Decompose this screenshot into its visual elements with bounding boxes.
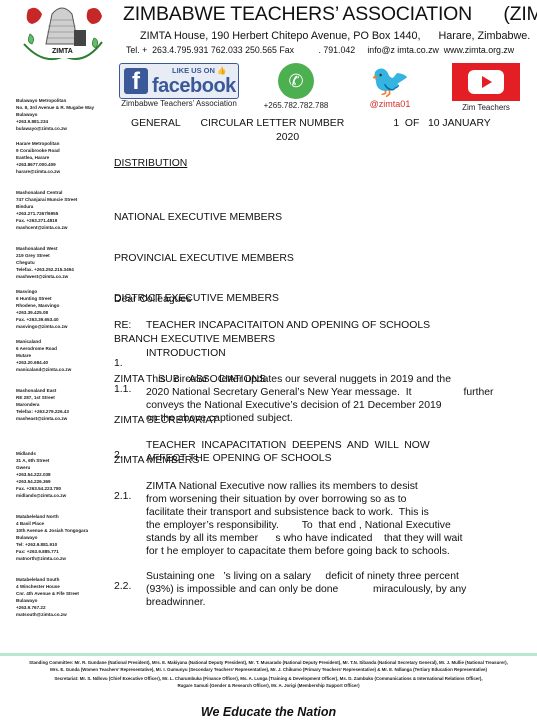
office-line: Tel: +263.9.881.910 [16,541,108,548]
office-line: Cnr. 4th Avenue & Fife Street [16,590,108,597]
office-line: Chegutu [16,259,108,266]
office-line: Telefax. +263.252.215.3494 [16,266,108,273]
footer-divider [0,653,537,656]
office-matabeleland-north: Matabeleland North 4 Basil Place 10th Av… [16,513,108,562]
section-number: 1. [114,358,123,369]
office-name: Mashonaland Central [16,189,108,196]
office-line: 747 Chanjarai Muncie Street [16,196,108,203]
office-line: Bindura [16,203,108,210]
office-email: bulawayo@zimta.co.zw [16,125,108,132]
office-line: Telefax: +263.279.226.43 [16,408,108,415]
office-matabeleland-south: Matabeleland South 4 Winchester House Cn… [16,576,108,618]
office-name: Midlands [16,450,108,457]
organization-address: ZIMTA House, 190 Herbert Chitepo Avenue,… [140,30,530,42]
office-email: masheast@zimta.co.zw [16,415,108,422]
organization-title: ZIMBABWE TEACHERS’ ASSOCIATION (ZIMTA) [123,3,537,26]
section-2-2: 2.2. Sustaining one ’s living on a salar… [114,570,534,614]
office-line: Bulawayo [16,111,108,118]
office-line: 6 Hunting Street [16,295,108,302]
office-line: RE 287, 1st Street [16,394,108,401]
office-line: Fax: +263.9.885.771 [16,548,108,555]
office-line: No. 8, 3rd Avenue & R. Mugabe Way [16,104,108,111]
youtube-channel: Zim Teachers [448,103,524,112]
section-number: 2.1. [114,491,131,502]
office-line: Mutare [16,352,108,359]
office-line: Rhodene, Masvingo [16,302,108,309]
organization-contact: Tel. + 263.4.795.931 762.033 250.565 Fax… [126,45,514,55]
secretariat-line-2: Rugare Samuti (Gender & Research Officer… [0,682,537,689]
office-line: 31 A, 6th Street [16,457,108,464]
office-line: Bulawayo [16,597,108,604]
office-line: Fax. +263.54.223.780 [16,485,108,492]
office-line: +263.39.425.08 [16,309,108,316]
section-2-1: 2.1. ZIMTA National Executive now rallie… [114,480,534,524]
office-line: +263.20.684.40 [16,359,108,366]
office-name: Mashonaland West [16,245,108,252]
section-heading: INTRODUCTION [146,347,486,360]
facebook-wordmark: facebook [152,75,236,98]
office-bulawayo-metro: Bulawayo Metropolitan No. 8, 3rd Avenue … [16,97,108,132]
regional-offices: Bulawayo Metropolitan No. 8, 3rd Avenue … [16,97,108,626]
standing-committee-line-1: Standing Committee: Mr. R. Gundane (Nati… [0,659,537,666]
office-line: Fax. +263.39.653.40 [16,316,108,323]
office-email: harare@zimta.co.zw [16,168,108,175]
office-name: Matabeleland South [16,576,108,583]
office-line: Eastlea, Harare [16,154,108,161]
office-email: mashwest@zimta.co.zw [16,273,108,280]
standing-committee-line-2: Mrs. E. Gunda (Women Teachers’ Represent… [0,666,537,673]
facebook-icon: f LIKE US ON 👍 facebook [119,63,239,99]
re-label: RE: [114,320,131,331]
facebook-caption: Zimbabwe Teachers’ Association [116,99,242,108]
whatsapp-icon: ✆ [278,63,314,99]
distribution-item: NATIONAL EXECUTIVE MEMBERS [114,211,294,225]
circular-line: GENERAL CIRCULAR LETTER NUMBER 1 OF 10 J… [131,118,491,129]
motto: We Educate the Nation [0,705,537,719]
office-line: Marondera [16,401,108,408]
office-manicaland: Manicaland 6 Aerodrome Road Mutare +263.… [16,338,108,373]
office-line: Gweru [16,464,108,471]
office-email: manicaland@zimta.co.zw [16,366,108,373]
office-line: 4 Basil Place [16,520,108,527]
office-line: +263.9.881.234 [16,118,108,125]
distribution-heading: DISTRIBUTION [114,158,187,169]
office-name: Bulawayo Metropolitan [16,97,108,104]
office-name: Harare Metropolitan [16,140,108,147]
office-name: Mashonaland East [16,387,108,394]
office-name: Manicaland [16,338,108,345]
office-line: 9 Coraibrooke Road [16,147,108,154]
youtube-badge[interactable]: Zim Teachers [448,63,524,112]
office-harare-metro: Harare Metropolitan 9 Coraibrooke Road E… [16,140,108,175]
office-masvingo: Masvingo 6 Hunting Street Rhodene, Masvi… [16,288,108,330]
office-mashonaland-east: Mashonaland East RE 287, 1st Street Maro… [16,387,108,422]
office-line: +263.54.222.038 [16,471,108,478]
re-subject: TEACHER INCAPACITAITON AND OPENING OF SC… [146,320,430,331]
office-email: midlands@zimta.co.zw [16,492,108,499]
whatsapp-badge[interactable]: ✆ +265.782.782.788 [256,63,336,110]
section-paragraph: Sustaining one ’s living on a salary def… [146,570,486,609]
office-name: Matabeleland North [16,513,108,520]
office-midlands: Midlands 31 A, 6th Street Gweru +263.54.… [16,450,108,499]
office-line: +263.9.767.22 [16,604,108,611]
twitter-bird-icon: 🐦 [370,63,410,99]
section-heading: TEACHER INCAPACITATION DEEPENS AND WILL … [146,439,486,465]
secretariat-line-1: Secretariat: Mr. S. Ndlovu (Chief Execut… [0,675,537,682]
office-line: Bulawayo [16,534,108,541]
salutation: Dear Colleagues [114,294,191,305]
office-line: 6 Aerodrome Road [16,345,108,352]
section-number: 2. [114,450,123,461]
logo-label: ZIMTA [52,48,73,55]
office-email: matnorth@zimta.co.zw [16,555,108,562]
zimta-emblem-icon [14,4,110,66]
facebook-badge[interactable]: f LIKE US ON 👍 facebook Zimbabwe Teacher… [116,63,242,108]
twitter-handle: @zimta01 [355,99,425,109]
office-line: +263.54.226.369 [16,478,108,485]
office-mashonaland-west: Mashonaland West 219 Grey Street Chegutu… [16,245,108,280]
circular-year: 2020 [276,132,299,143]
office-line: 10th Avenue & Josiah Tongogara [16,527,108,534]
office-line: +263.8677.000.409 [16,161,108,168]
whatsapp-number: +265.782.782.788 [256,101,336,110]
section-number: 2.2. [114,581,131,592]
facebook-like-text: LIKE US ON 👍 [172,66,226,75]
office-name: Masvingo [16,288,108,295]
section-number: 1.1. [114,384,131,395]
office-mashonaland-central: Mashonaland Central 747 Chanjarai Muncie… [16,189,108,231]
distribution-item: PROVINCIAL EXECUTIVE MEMBERS [114,252,294,266]
office-line: 219 Grey Street [16,252,108,259]
youtube-icon [452,63,520,101]
office-line: Fax. +263.271.4819 [16,217,108,224]
office-email: matsouth@zimta.co.zw [16,611,108,618]
office-email: mashcent@zimta.co.zw [16,224,108,231]
section-1-1: 1.1. This circular letter updates our se… [114,373,534,417]
zimta-logo: ZIMTA [14,4,110,66]
office-line: 4 Winchester House [16,583,108,590]
office-line: +263.271.7267/6955 [16,210,108,217]
section-paragraph: ZIMTA National Executive now rallies its… [146,480,486,558]
twitter-badge[interactable]: 🐦 @zimta01 [355,63,425,109]
distribution-item: BRANCH EXECUTIVE MEMBERS [114,333,294,347]
section-2: 2. TEACHER INCAPACITATION DEEPENS AND WI… [114,439,534,483]
office-email: masvingo@zimta.co.zw [16,323,108,330]
section-paragraph: This circular letter updates our several… [146,373,486,425]
